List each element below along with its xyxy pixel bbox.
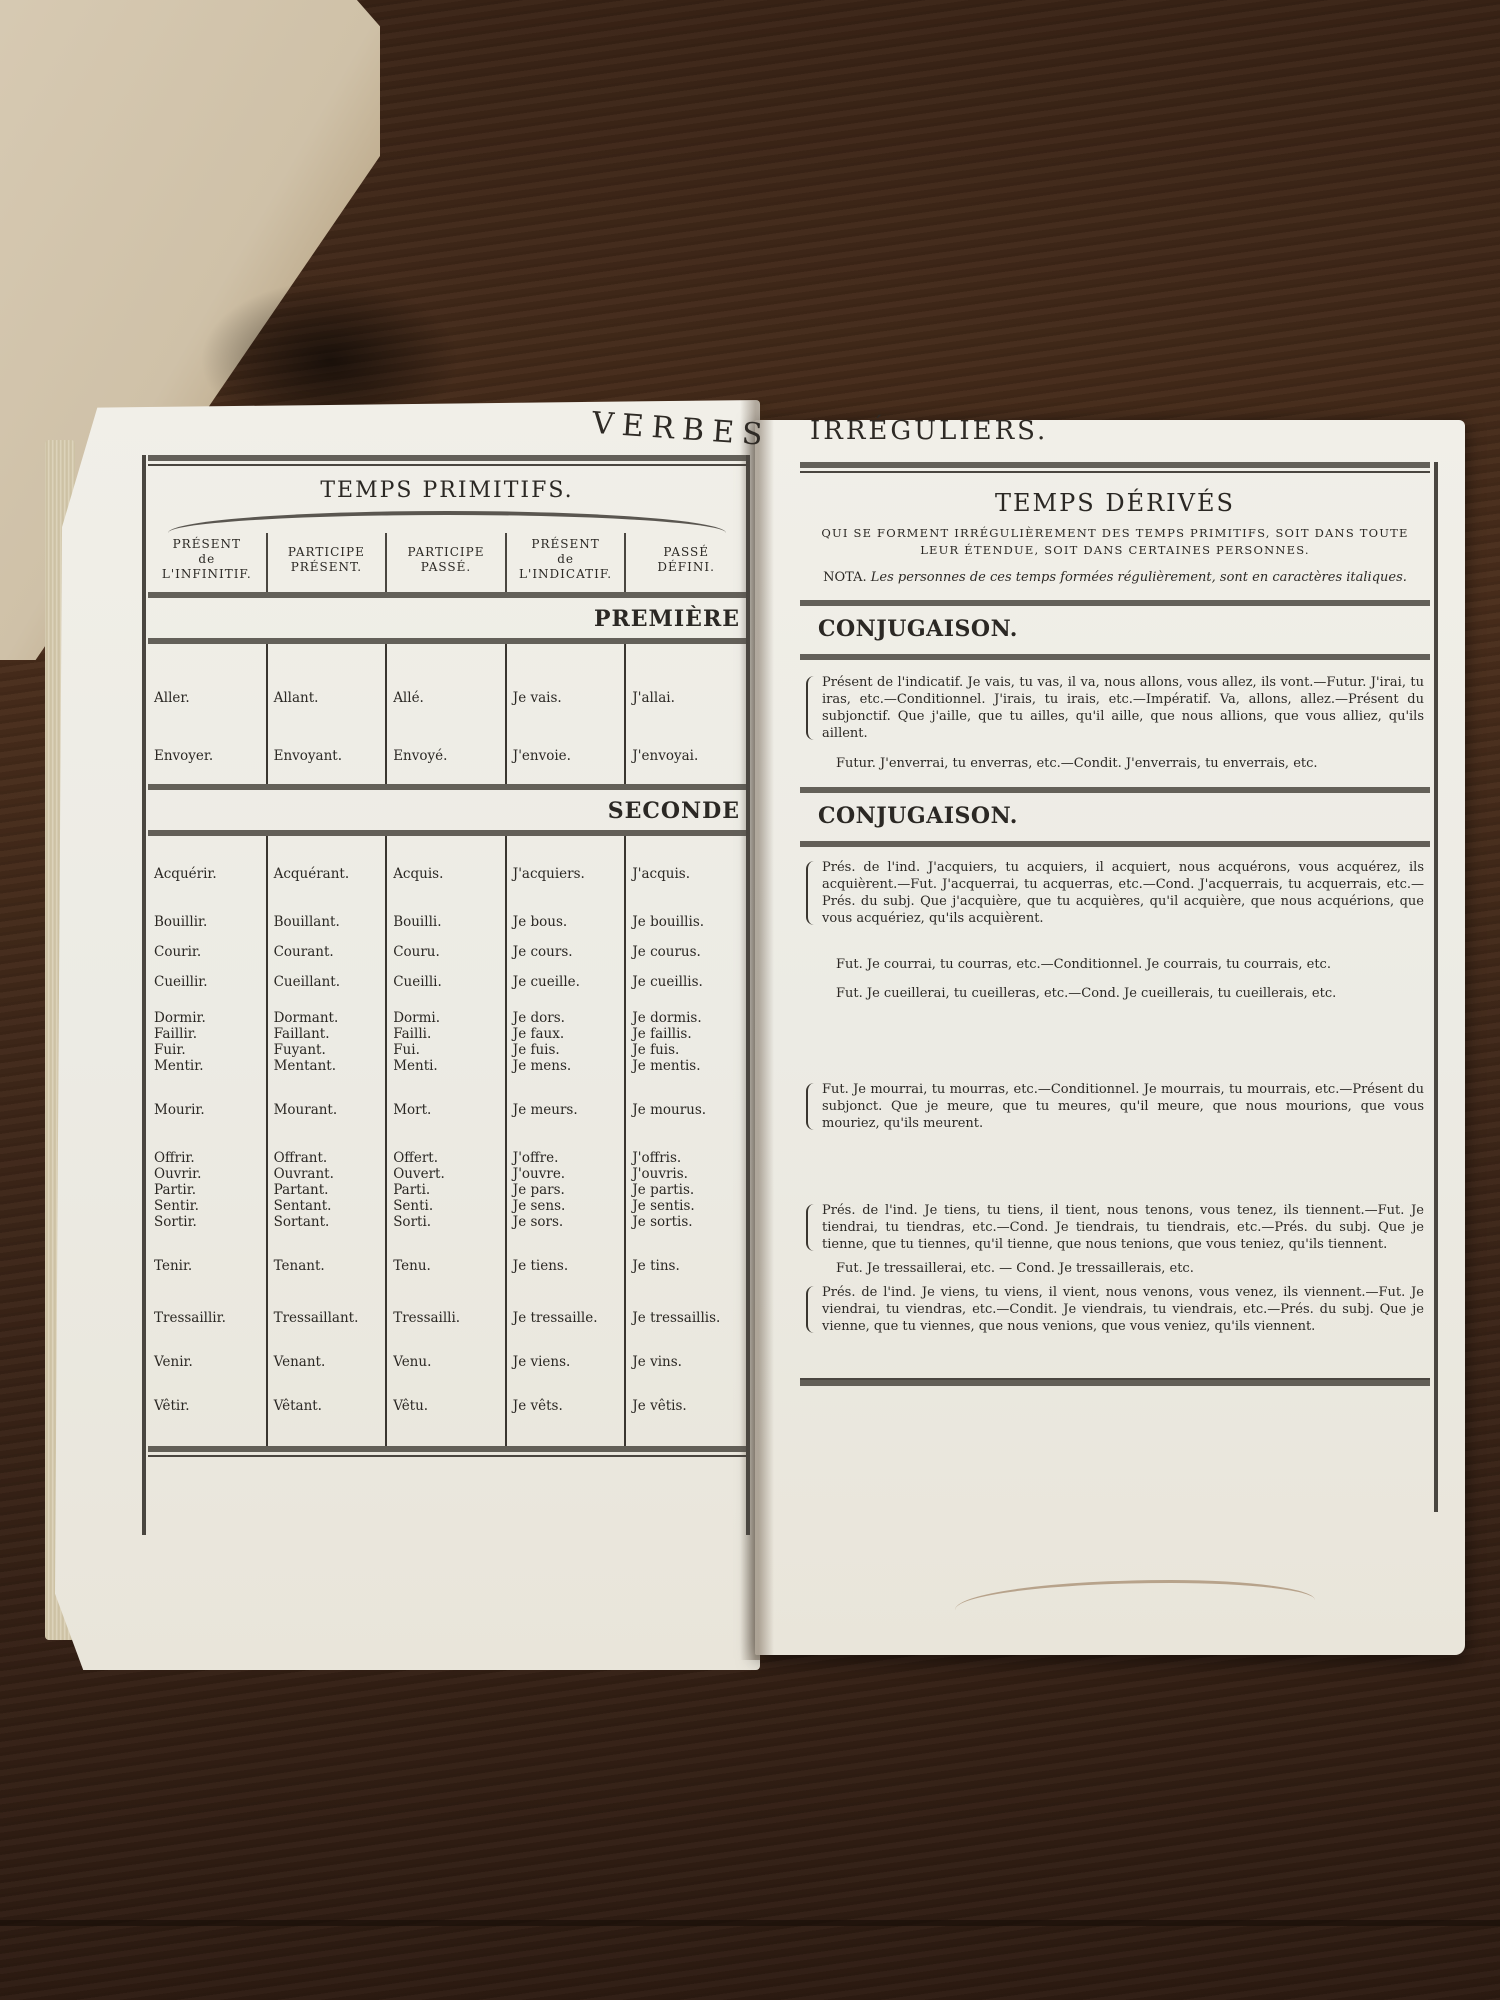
entry-mourir: Fut. Je mourrai, tu mourras, etc.—Condit… [800, 1081, 1430, 1132]
entry-aller: Présent de l'indicatif. Je vais, tu vas,… [800, 674, 1430, 742]
rule [800, 787, 1430, 793]
rule [800, 841, 1430, 847]
rule [148, 830, 746, 836]
rule [148, 784, 746, 790]
temps-derives-block: TEMPS DÉRIVÉS QUI SE FORMENT IRRÉGULIÈRE… [800, 462, 1430, 1386]
rule [800, 600, 1430, 606]
temps-primitifs-table: TEMPS PRIMITIFS. PRÉSENT de L'INFINITIF.… [148, 455, 746, 1457]
entry-venir: Prés. de l'ind. Je viens, tu viens, il v… [800, 1284, 1430, 1335]
page-frame [796, 462, 1438, 1512]
rule [148, 592, 746, 598]
rule [800, 654, 1430, 660]
table-board-seam [0, 1920, 1500, 1926]
entry-acquerir: Prés. de l'ind. J'acquiers, tu acquiers,… [800, 859, 1430, 927]
rule [148, 455, 746, 461]
table-frame [142, 455, 750, 1535]
rule [148, 638, 746, 644]
rule [800, 1380, 1430, 1386]
rule [800, 462, 1430, 468]
running-head-right: IRRÉGULIERS. [810, 416, 1048, 446]
entry-tenir: Prés. de l'ind. Je tiens, tu tiens, il t… [800, 1202, 1430, 1253]
rule [148, 1446, 746, 1452]
